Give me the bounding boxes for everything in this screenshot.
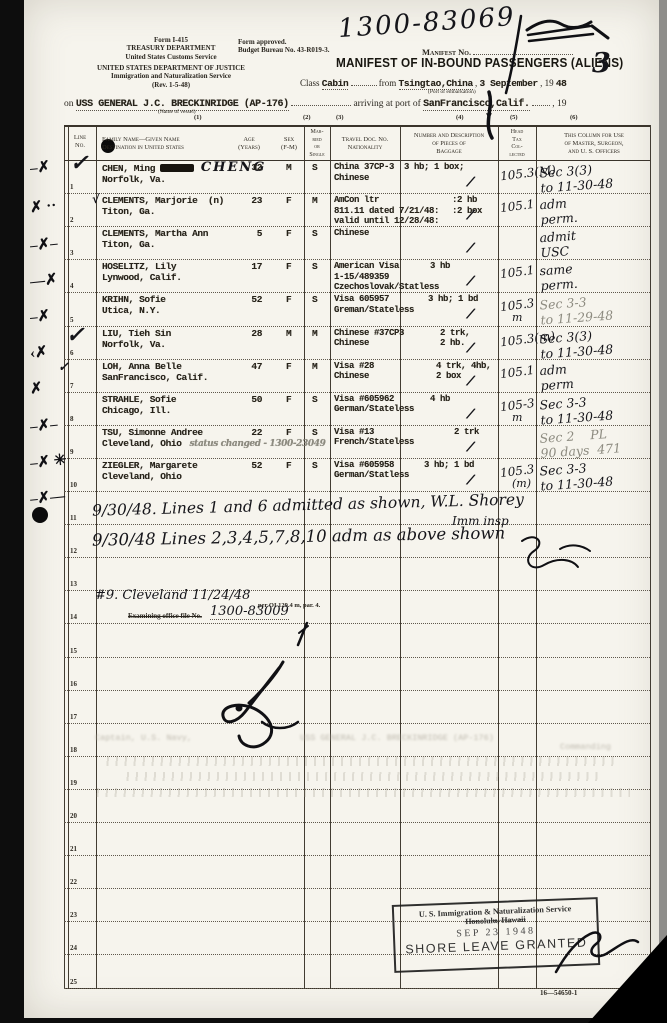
margin-x-mark: ✗ ·· bbox=[29, 196, 57, 218]
row-line-number: 23 bbox=[70, 911, 77, 919]
passenger-sex: M bbox=[286, 162, 291, 173]
passenger-name: STRAHLE, Sofie bbox=[102, 394, 312, 405]
bleedthrough-smudge bbox=[100, 756, 620, 766]
row-divider bbox=[64, 657, 650, 658]
passenger-age: 52 bbox=[232, 294, 262, 305]
passenger-name-cell: TSU, Simonne AndreeCleveland, Ohiostatus… bbox=[102, 427, 312, 450]
passenger-age: 23 bbox=[232, 195, 262, 206]
row-line-number: 7 bbox=[70, 382, 74, 390]
form-number-block: Form I-415 TREASURY DEPARTMENT United St… bbox=[88, 36, 254, 61]
row-divider bbox=[64, 392, 650, 393]
embark-date-value: 3 September bbox=[480, 78, 538, 89]
margin-x-mark: –✗ ✳ bbox=[29, 450, 67, 473]
col-num-5: (5) bbox=[510, 114, 518, 121]
passenger-sex: F bbox=[286, 261, 291, 272]
vessel-line: on USS GENERAL J.C. BRECKINRIDGE (AP-176… bbox=[64, 96, 567, 110]
margin-check-mark: ✓ bbox=[66, 322, 84, 348]
passenger-destination: Titon, Ga. bbox=[102, 206, 312, 217]
col-num-2: (2) bbox=[303, 114, 311, 121]
passenger-name-cell: STRAHLE, SofieChicago, Ill. bbox=[102, 394, 312, 416]
margin-x-mark: –✗ bbox=[29, 306, 51, 327]
row-line-number: 2 bbox=[70, 216, 74, 224]
row-line-number: 11 bbox=[70, 514, 77, 522]
row-line-number: 16 bbox=[70, 680, 77, 688]
travel-doc-cell: AmCon ltr 811.11 dated 7/21/48: valid un… bbox=[334, 195, 439, 227]
passenger-sex: F bbox=[286, 394, 291, 405]
travel-doc-cell: Chinese #37CP3 Chinese bbox=[334, 328, 404, 349]
passenger-name: LIU, Tieh Sin bbox=[102, 328, 312, 339]
baggage-cell: :2 hb :2 box bbox=[452, 195, 482, 216]
arrival-year-label: , 19 bbox=[552, 99, 566, 109]
leader bbox=[351, 76, 377, 86]
bleedthrough-smudge bbox=[90, 788, 630, 797]
examining-office-stamp-text: Examining office file No. bbox=[128, 612, 202, 620]
col-num-3: (3) bbox=[336, 114, 344, 121]
cleveland-note: #9. Cleveland 11/24/48 bbox=[95, 588, 250, 603]
passenger-married: S bbox=[312, 261, 317, 272]
margin-x-mark: –✗— bbox=[29, 486, 66, 509]
margin-x-mark: —✗ bbox=[29, 270, 58, 292]
passenger-destination: Norfolk, Va. bbox=[102, 339, 312, 350]
manifest-no-rule bbox=[473, 45, 573, 55]
travel-doc-cell: Visa #28 Chinese bbox=[334, 361, 374, 382]
row-line-number: 10 bbox=[70, 481, 77, 489]
passenger-destination: Titon, Ga. bbox=[102, 239, 312, 250]
comma: , bbox=[475, 78, 477, 88]
baggage-cell: 3 hb; 1 bd bbox=[424, 460, 474, 471]
header-age: Age (Years) bbox=[230, 136, 268, 152]
bleedthrough-text: Commanding bbox=[560, 742, 611, 752]
officer-remarks: adm perm bbox=[539, 360, 574, 392]
class-label: Class bbox=[300, 78, 320, 88]
officer-remarks: adm perm. bbox=[539, 195, 578, 228]
passenger-married: S bbox=[312, 427, 317, 438]
column-marker-triangle: ▼ bbox=[484, 111, 494, 122]
header-officers-column: This Column for Use of Master, Surgeon, … bbox=[538, 132, 650, 156]
officer-remarks: Sec 3-3 to 11-30-48 bbox=[539, 392, 614, 427]
passenger-married: S bbox=[312, 394, 317, 405]
leader bbox=[532, 96, 550, 106]
passenger-age: 5 bbox=[232, 228, 262, 239]
officer-remarks: Sec 3(3) to 11-30-48 bbox=[539, 161, 614, 196]
row-line-number: 6 bbox=[70, 349, 74, 357]
passenger-name-cell: HOSELITZ, LilyLynwood, Calif. bbox=[102, 261, 312, 283]
passenger-destination: Norfolk, Va. bbox=[102, 174, 312, 185]
officer-remarks: admit USC bbox=[539, 228, 577, 260]
passenger-name: ZIEGLER, Margarete bbox=[102, 460, 312, 471]
passenger-married: S bbox=[312, 228, 317, 239]
on-label: on bbox=[64, 99, 74, 109]
margin-check-mark: ✓ bbox=[58, 360, 69, 375]
row-divider bbox=[64, 822, 650, 823]
row-line-number: 1 bbox=[70, 183, 74, 191]
header-head-tax: Head Tax Col- lected bbox=[498, 129, 536, 159]
row-line-number: 15 bbox=[70, 647, 77, 655]
row-divider bbox=[64, 855, 650, 856]
passenger-sex: M bbox=[286, 328, 291, 339]
margin-x-mark: ‹✗ bbox=[29, 342, 48, 363]
justice-department-block: UNITED STATES DEPARTMENT OF JUSTICE Immi… bbox=[80, 64, 262, 89]
row-line-number: 8 bbox=[70, 415, 74, 423]
passenger-sex: F bbox=[286, 427, 291, 438]
arriving-label: arriving at port of bbox=[353, 99, 420, 109]
passenger-destination: Utica, N.Y. bbox=[102, 305, 312, 316]
row-line-number: 14 bbox=[70, 613, 77, 621]
header-line-no: Line No. bbox=[64, 134, 96, 150]
header-travel-doc: Travel Doc. No. Nationality bbox=[332, 136, 398, 152]
margin-x-mark: –✗– bbox=[29, 234, 58, 256]
row-divider bbox=[64, 623, 650, 624]
bleedthrough-smudge bbox=[120, 772, 600, 781]
footer-print-code: 16—54650-1 bbox=[540, 989, 577, 997]
officer-remarks: Sec 3-3 to 11-30-48 bbox=[539, 458, 614, 493]
pencil-status-note: status changed - 1300-23049 bbox=[190, 439, 326, 449]
row-line-number: 13 bbox=[70, 580, 77, 588]
officer-remarks: same perm. bbox=[539, 261, 578, 294]
punch-hole bbox=[32, 507, 48, 523]
col-num-4: (4) bbox=[456, 114, 464, 121]
passenger-destination: SanFrancisco, Calif. bbox=[102, 372, 312, 383]
row-divider bbox=[64, 524, 650, 525]
passenger-married: S bbox=[312, 294, 317, 305]
passenger-married: M bbox=[312, 195, 317, 206]
leader bbox=[291, 96, 351, 106]
row-divider bbox=[64, 888, 650, 889]
passenger-age: 32 bbox=[232, 162, 262, 173]
passenger-age: 22 bbox=[232, 427, 262, 438]
passenger-name-cell: CLEMENTS, Martha AnnTiton, Ga. bbox=[102, 228, 312, 250]
margin-x-mark: –✗ bbox=[29, 157, 51, 178]
passenger-name-cell: CHEN, Ming CHENGNorfolk, Va. bbox=[102, 162, 312, 185]
baggage-cell: 2 trk, 2 hb. bbox=[440, 328, 470, 349]
examining-office-file-number: 1300-83009 bbox=[210, 604, 289, 620]
header-married-single: Mar- ried or Single bbox=[304, 129, 330, 159]
row-line-number: 25 bbox=[70, 978, 77, 986]
passenger-destination: Lynwood, Calif. bbox=[102, 272, 312, 283]
baggage-cell: 3 hb; 1 box; bbox=[404, 162, 464, 173]
passenger-name: LOH, Anna Belle bbox=[102, 361, 312, 372]
row-line-number: 9 bbox=[70, 448, 74, 456]
row-line-number: 17 bbox=[70, 713, 77, 721]
travel-doc-cell: Chinese bbox=[334, 228, 369, 239]
margin-x-mark: ✗ bbox=[29, 378, 43, 398]
ins-shore-leave-stamp: U. S. Immigration & Naturalization Servi… bbox=[392, 897, 600, 973]
scanned-manifest-page: Form I-415 TREASURY DEPARTMENT United St… bbox=[0, 0, 667, 1023]
passenger-sex: F bbox=[286, 228, 291, 239]
head-tax-note: m bbox=[512, 311, 522, 324]
baggage-cell: 3 hb bbox=[430, 261, 450, 272]
passenger-name-cell: CLEMENTS, Marjorie (n)Titon, Ga. bbox=[102, 195, 312, 217]
row-line-number: 19 bbox=[70, 779, 77, 787]
class-value: Cabin bbox=[322, 78, 349, 90]
passenger-name-cell: ZIEGLER, MargareteCleveland, Ohio bbox=[102, 460, 312, 482]
header-baggage: Number and Description of Pieces of Bagg… bbox=[402, 132, 496, 156]
passenger-age: 17 bbox=[232, 261, 262, 272]
travel-doc-cell: China 37CP-3 Chinese bbox=[334, 162, 394, 183]
struck-out-name bbox=[160, 164, 194, 172]
table-vertical-rule bbox=[650, 125, 651, 988]
from-label: from bbox=[379, 78, 397, 88]
passenger-name: TSU, Simonne Andree bbox=[102, 427, 312, 438]
baggage-cell: 4 trk, 4hb, 2 box bbox=[436, 361, 491, 382]
passenger-name-cell: LOH, Anna BelleSanFrancisco, Calif. bbox=[102, 361, 312, 383]
bleedthrough-text: USS GENERAL J.C. BRECKINRIDGE (AP-176) bbox=[300, 733, 494, 743]
margin-check-mark: √ bbox=[92, 192, 100, 206]
table-header-rule bbox=[64, 160, 650, 161]
baggage-cell: 2 trk bbox=[454, 427, 479, 438]
travel-doc-cell: Visa #13 French/Stateless bbox=[334, 427, 414, 448]
row-line-number: 12 bbox=[70, 547, 77, 555]
head-tax-note: (m) bbox=[512, 477, 531, 490]
passenger-age: 52 bbox=[232, 460, 262, 471]
travel-doc-cell: American Visa 1-15/489359 Czechoslovak/S… bbox=[334, 261, 439, 293]
row-line-number: 22 bbox=[70, 878, 77, 886]
page-title: MANIFEST OF IN-BOUND PASSENGERS (ALIENS) bbox=[336, 56, 623, 70]
handwritten-page-number: 3 bbox=[592, 48, 611, 79]
officer-remarks: Sec 2 PL 90 days 471 bbox=[539, 425, 622, 461]
officer-remarks: Sec 3(3) to 11-30-48 bbox=[539, 326, 614, 361]
comma: , bbox=[540, 78, 542, 88]
passenger-name-cell: KRIHN, SofieUtica, N.Y. bbox=[102, 294, 312, 316]
col-num-1: (1) bbox=[194, 114, 202, 121]
passenger-name-cell: LIU, Tieh SinNorfolk, Va. bbox=[102, 328, 312, 350]
embark-port-caption: (Port of embarkation) bbox=[428, 89, 476, 95]
arrival-port-value: SanFrancisco,Calif. bbox=[423, 99, 529, 111]
row-line-number: 18 bbox=[70, 746, 77, 754]
row-line-number: 24 bbox=[70, 944, 77, 952]
bleedthrough-text: Captain, U.S. Navy, bbox=[95, 733, 192, 743]
passenger-married: M bbox=[312, 361, 317, 372]
margin-check-mark: ✓ bbox=[70, 150, 88, 176]
baggage-cell: 4 hb bbox=[430, 394, 450, 405]
passenger-destination: Chicago, Ill. bbox=[102, 405, 312, 416]
row-divider bbox=[64, 690, 650, 691]
passenger-name: CHEN, Ming CHENG bbox=[102, 162, 312, 174]
travel-doc-cell: Visa #605958 German/Statless bbox=[334, 460, 409, 481]
passenger-sex: F bbox=[286, 460, 291, 471]
passenger-sex: F bbox=[286, 294, 291, 305]
header-sex: Sex (F-M) bbox=[274, 136, 304, 152]
passenger-name: CLEMENTS, Martha Ann bbox=[102, 228, 312, 239]
travel-doc-cell: Visa 605957 Greman/Stateless bbox=[334, 294, 414, 315]
scan-edge bbox=[659, 0, 667, 1023]
passenger-married: S bbox=[312, 162, 317, 173]
passenger-age: 28 bbox=[232, 328, 262, 339]
vessel-caption: (Name of vessel) bbox=[158, 109, 196, 115]
table-top-rule bbox=[64, 125, 650, 127]
passenger-destination: Cleveland, Ohio bbox=[102, 471, 312, 482]
baggage-cell: 3 hb; 1 bd bbox=[428, 294, 478, 305]
passenger-name: KRIHN, Sofie bbox=[102, 294, 312, 305]
col-num-6: (6) bbox=[570, 114, 578, 121]
passenger-age: 47 bbox=[232, 361, 262, 372]
voyage-class-line: Class Cabin from Tsingtao,China , 3 Sept… bbox=[300, 76, 566, 89]
passenger-married: M bbox=[312, 328, 317, 339]
year-value: 48 bbox=[556, 78, 567, 89]
travel-doc-cell: Visa #605962 German/Stateless bbox=[334, 394, 414, 415]
row-line-number: 3 bbox=[70, 249, 74, 257]
year-prefix: 19 bbox=[545, 78, 554, 88]
row-line-number: 4 bbox=[70, 282, 74, 290]
passenger-sex: F bbox=[286, 361, 291, 372]
passenger-name: HOSELITZ, Lily bbox=[102, 261, 312, 272]
row-divider bbox=[64, 723, 650, 724]
passenger-age: 50 bbox=[232, 394, 262, 405]
row-line-number: 20 bbox=[70, 812, 77, 820]
row-divider bbox=[64, 557, 650, 558]
passenger-destination: Cleveland, Ohiostatus changed - 1300-230… bbox=[102, 438, 312, 450]
officer-remarks: Sec 3-3 to 11-29-48 bbox=[539, 293, 614, 328]
row-line-number: 21 bbox=[70, 845, 77, 853]
passenger-sex: F bbox=[286, 195, 291, 206]
passenger-name: CLEMENTS, Marjorie (n) bbox=[102, 195, 312, 206]
margin-x-mark: –✗– bbox=[29, 415, 58, 437]
passenger-married: S bbox=[312, 460, 317, 471]
head-tax-note: m bbox=[512, 411, 522, 424]
